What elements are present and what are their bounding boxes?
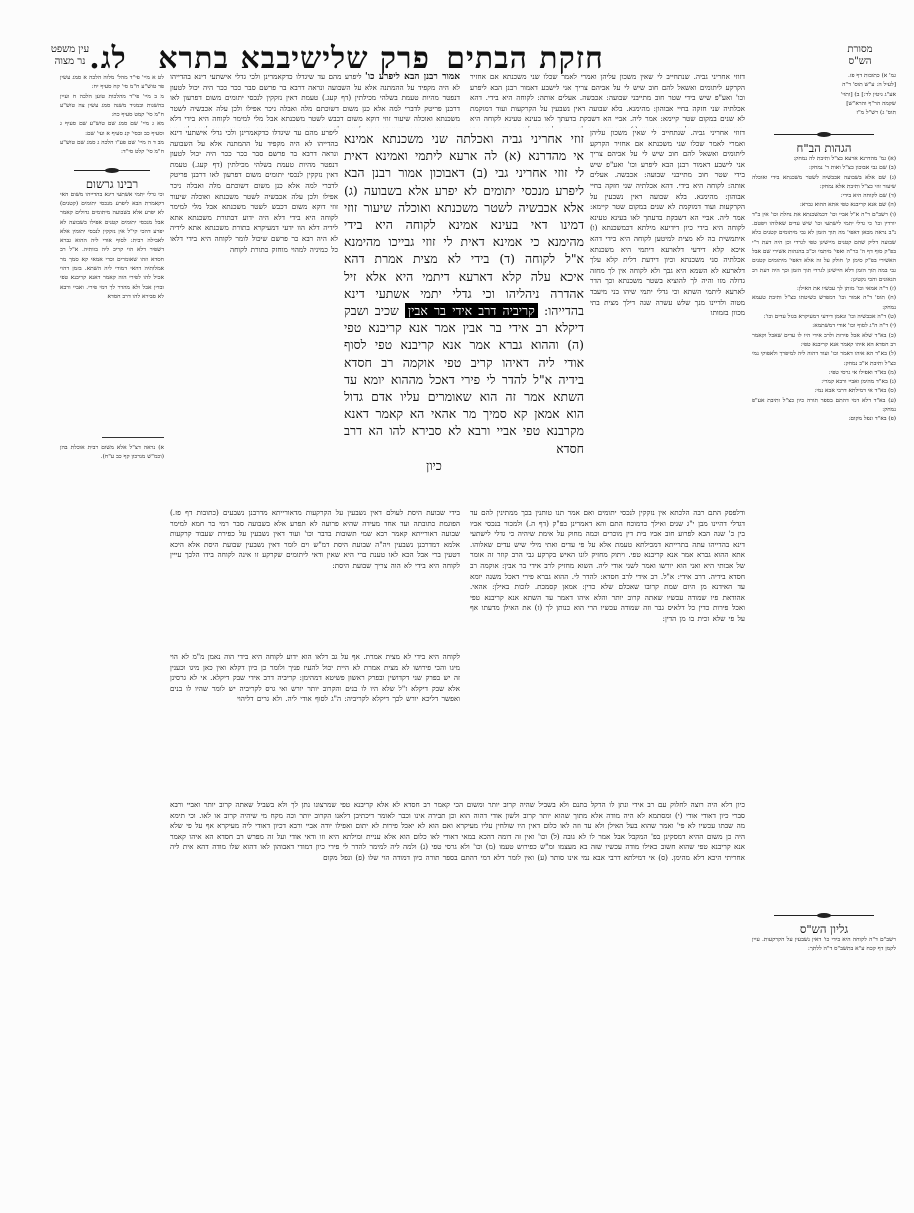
masoret-label: מסורת הש"ס <box>830 44 890 68</box>
gilyon-hashas-body: רשב"ם ד"ה לקוחה היא בידי כו' דאין נשבעין… <box>752 936 896 996</box>
masoret-label-line2: הש"ס <box>830 56 890 68</box>
rabbeinu-gershom-body: וכי גדלי יתמי אשתעי דינא בהדייהו משום הא… <box>60 191 164 429</box>
tosafot-text2: לקוחה היא בידי לא מצית אמרת. אף על גב דל… <box>170 652 460 703</box>
masoret-line: שקמה הר"ף והרא"ש] <box>752 100 896 109</box>
right-margin: גמ' א) כתובות דף פז. [לעיל ה: ע"ש תוס' ד… <box>752 72 896 996</box>
tosafot-text-cont: ליפרע מהם עד שיגדלו כדקאמרינן ולכי גדלי … <box>170 128 338 254</box>
gemara-body-cont: שכיב ושבק דיקלא רב אידי בר אבין אמר אנא … <box>344 303 584 456</box>
masoret-line: תוס' ג) רש"ל מ"ז <box>752 109 896 118</box>
ornament-divider <box>774 915 874 916</box>
masoret-line: אע"ג גיטין לד:] ב) [ותוי' <box>752 91 896 100</box>
masoret-line: גמ' א) כתובות דף פז. <box>752 72 896 81</box>
rashi-text: דזוזי אחריני גביה. שנתחייב לי שאין משכון… <box>470 72 745 128</box>
masoret-label-line1: מסורת <box>830 44 890 56</box>
rabbeinu-gershom-footnote: א) נראה דצ"ל אלא משום רבית אוכלת בהן (וכ… <box>60 444 164 463</box>
rabbeinu-gershom-title: רבינו גרשום <box>60 177 164 191</box>
hagaha-item: (ה) שם אנא קריבנא טפי אתא ההוא גברא: <box>752 201 896 210</box>
ein-mishpat-item: לט א מיי' פי"ד מהל' מלוה הלכה א סמג עשין… <box>60 74 164 93</box>
hagaha-item: (ס) בא"ד אי דמילתא דרבי אבא נמי: <box>752 387 896 396</box>
footnote-rule <box>102 437 164 438</box>
hagaha-item: (ח) תוס' ד"ה אמור וכו' דמפרש כשיטתו כצ"ל… <box>752 294 896 313</box>
hagaha-item: (ט) ד"ה אכבשיה וכו' ונאמן דידעי דמעיקרא … <box>752 313 896 322</box>
lower-rashi-text: ודלפסק התם רבה הלכתא אין נזקקין לנכסי ית… <box>470 508 745 623</box>
hagaha-item: (י) ד"ה ה"ג לסוף וכו' אודי דמשתמא: <box>752 322 896 331</box>
tosafot-lower-col2: לקוחה היא בידי לא מצית אמרת. אף על גב דל… <box>170 652 460 798</box>
tosafot-top: אמור רבנן הבא ליפרע כו' ליפרע מהם עד שיג… <box>170 72 460 128</box>
ein-mishpat-item: מא ג מיי' שם סמג שם טוש"ע שם סעיף ג וסעי… <box>60 120 164 139</box>
rashi-text-cont: דזוזי אחריני גביה. שנתחייב לי שאין משכון… <box>590 128 745 317</box>
ein-mishpat-item: מב ד ה מיי' שם פע"ו הלכה ג סמג שם טוש"ע … <box>60 139 164 158</box>
hagaha-item: (ל) בא"ד הא איהו דאמר וכו' ועוד דהוה ליה… <box>752 350 896 369</box>
gilyon-hashas-title: גליון הש"ס <box>752 922 896 936</box>
hagaha-item: (ע) בא"ד דלא דמי דהתם בספר תורה כיון כצ"… <box>752 397 896 416</box>
lower-tosafot-text: בידי שבועת היסת לעולם דאין נשבעין על הקר… <box>170 508 460 570</box>
masoret-hashas: גמ' א) כתובות דף פז. [לעיל ה: ע"ש תוס' ד… <box>752 72 896 122</box>
hagaha-item: (ג) שם אלא בשבועה אכבשיה לשטר משכנתא ביד… <box>752 174 896 193</box>
hagaha-item: (נ) בא"ד מהימן ואביי ורבא קמרי: <box>752 378 896 387</box>
tractate-name: בבא בתרא <box>150 42 300 76</box>
ornament-divider <box>74 170 150 171</box>
gemara-catchword: כיון <box>344 457 584 474</box>
hagaha-item: (מ) בא"ד ואפילו אי גרסי טפי: <box>752 369 896 378</box>
hagaha-item: (פ) בא"ד ונפל מקום: <box>752 415 896 424</box>
tosafot-lower-col: בידי שבועת היסת לעולם דאין נשבעין על הקר… <box>170 508 460 648</box>
hagahot-habach-title: הגהות הב"ח <box>752 141 896 155</box>
hagaha-item: (ד) שם לקוחה היא בידי: <box>752 192 896 201</box>
left-margin: לט א מיי' פי"ד מהל' מלוה הלכה א סמג עשין… <box>60 74 164 462</box>
hagaha-item: (כ) בא"ד שלא אכל פירות ולרב אידי היו לו … <box>752 332 896 351</box>
tosafot-opening: אמור רבנן הבא ליפרע כו' <box>365 72 460 82</box>
gemara-text: זוזי אחריני גביה ואכלתה שני משכנתא אמינא… <box>344 130 584 508</box>
hagaha-item: (ו) רשב"ם ד"ה א"ל אביי וכו' דכמשכנתא את … <box>752 211 896 285</box>
ornament-divider <box>774 134 874 135</box>
gemara-body: זוזי אחריני גביה ואכלתה שני משכנתא אמינא… <box>344 131 584 318</box>
hagaha-item: (ז) ד"ה אמאי וכו' מותן לך עכשיו את האילן… <box>752 285 896 294</box>
hagaha-item: (ב) שם גבי אבוכון כצ"ל ואות ד' נמחק: <box>752 164 896 173</box>
hagahot-habach-body: (א) גמ' מהדרנא ארעא כצ"ל ותיבת לה נמחק: … <box>752 155 896 905</box>
ein-mishpat-body: לט א מיי' פי"ד מהל' מלוה הלכה א סמג עשין… <box>60 74 164 158</box>
masoret-line: [לעיל ה: ע"ש תוס' ד"ה <box>752 81 896 90</box>
full-width-commentary: כיון דלא היה רוצה לחלוק עם רב אידי ונתן … <box>170 800 745 1096</box>
rashi-side: דזוזי אחריני גביה. שנתחייב לי שאין משכון… <box>590 128 745 504</box>
rashi-lower-col: ודלפסק התם רבה הלכתא אין נזקקין לנכסי ית… <box>470 508 745 796</box>
rashi-top: דזוזי אחריני גביה. שנתחייב לי שאין משכון… <box>470 72 745 128</box>
gemara-highlighted-phrase[interactable]: קריביה דרב אידי בר אבין <box>405 303 538 318</box>
perek-number: פרק שלישי <box>305 42 430 76</box>
full-width-text: כיון דלא היה רוצה לחלוק עם רב אידי ונתן … <box>170 800 745 862</box>
tosafot-side: ליפרע מהם עד שיגדלו כדקאמרינן ולכי גדלי … <box>170 128 338 504</box>
ein-mishpat-item: מ ב מיי' פי"ד מהלכות טוען הלכה ח ועיין ב… <box>60 93 164 121</box>
hagaha-item: (א) גמ' מהדרנא ארעא כצ"ל ותיבת לה נמחק: <box>752 155 896 164</box>
perek-name: חזקת הבתים <box>440 42 610 76</box>
daf-number: לג. <box>88 42 128 76</box>
